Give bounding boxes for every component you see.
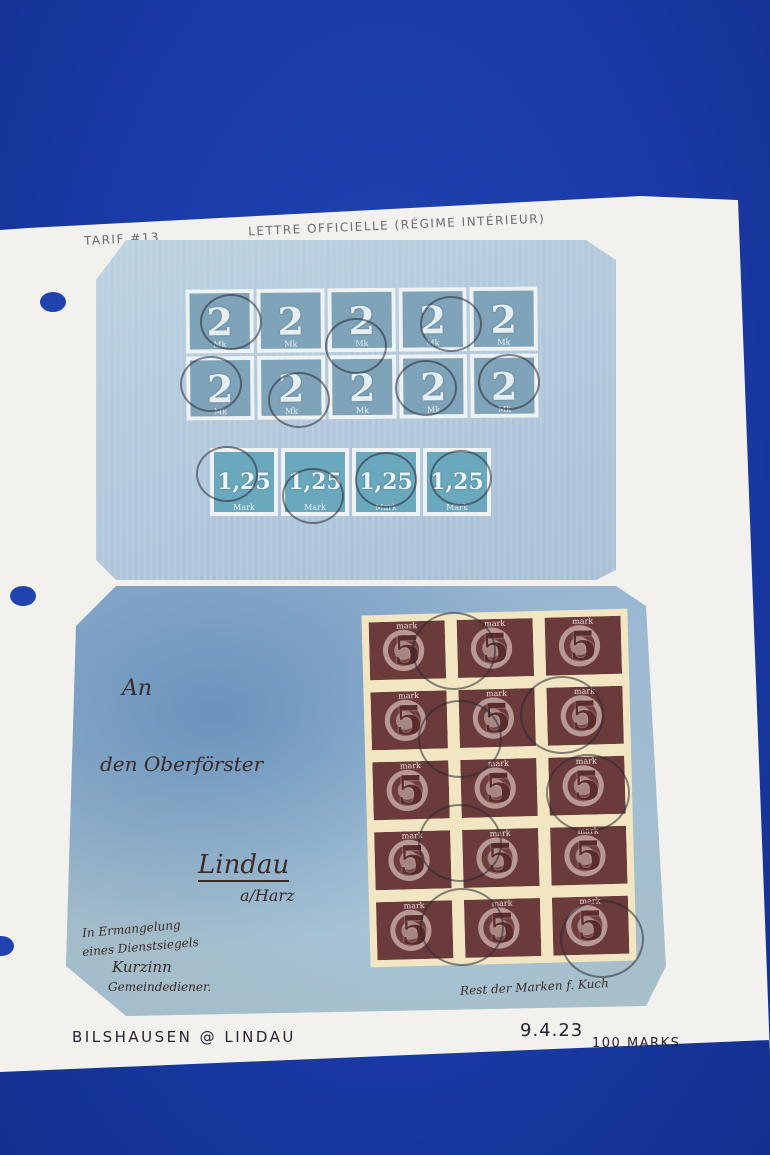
binder-hole-middle xyxy=(10,586,36,606)
stamp-5m: 5mark xyxy=(372,896,458,964)
stamp-2m: 2Mk xyxy=(469,286,538,351)
stamp-2m: 2Mk xyxy=(398,287,467,352)
photo-scene: TARIF #13 LETTRE OFFICIELLE (RÉGIME INTÉ… xyxy=(0,0,770,1155)
stamp-block-5-mark: 5mark 5mark 5mark 5mark 5mark 5mark 5mar… xyxy=(361,609,636,968)
stamp-strip-1-25-mark: 1,25Mark 1,25Mark 1,25Mark 1,25Mark xyxy=(210,448,491,516)
address-line: a/Harz xyxy=(240,886,295,905)
stamp-5m: 5mark xyxy=(458,824,544,892)
amount-label: 100 MARKS xyxy=(592,1036,680,1051)
stamp-2m: 2Mk xyxy=(328,355,397,420)
address-line: Lindau xyxy=(198,850,289,882)
stamp-5m: 5mark xyxy=(540,612,626,680)
address-line: den Oberförster xyxy=(100,752,263,776)
stamp-1-25m: 1,25Mark xyxy=(352,448,420,516)
stamp-5m: 5mark xyxy=(456,754,542,822)
route-label: BILSHAUSEN @ LINDAU xyxy=(72,1028,296,1046)
stamp-5m: 5mark xyxy=(548,892,634,960)
sender-line: Gemeindediener. xyxy=(108,980,211,994)
stamp-5m: 5mark xyxy=(546,822,632,890)
stamp-2m: 2Mk xyxy=(257,355,326,420)
stamp-5m: 5mark xyxy=(460,894,546,962)
stamp-1-25m: 1,25Mark xyxy=(281,448,349,516)
stamp-5m: 5mark xyxy=(542,682,628,750)
stamp-5m: 5mark xyxy=(366,686,452,754)
stamp-2m: 2Mk xyxy=(399,354,468,419)
stamp-5m: 5mark xyxy=(544,752,630,820)
stamp-1-25m: 1,25Mark xyxy=(210,448,278,516)
address-line: An xyxy=(122,676,152,701)
binder-hole-top xyxy=(40,292,66,312)
stamp-5m: 5mark xyxy=(368,756,454,824)
stamp-2m: 2Mk xyxy=(186,356,255,421)
stamp-5m: 5mark xyxy=(452,614,538,682)
sender-line: Kurzinn xyxy=(112,958,172,976)
stamp-2m: 2Mk xyxy=(470,353,539,418)
stamp-2m: 2Mk xyxy=(327,288,396,353)
stamp-2m: 2Mk xyxy=(185,289,254,354)
stamp-2m: 2Mk xyxy=(256,288,325,353)
stamp-5m: 5mark xyxy=(365,616,451,684)
date-label: 9.4.23 xyxy=(520,1020,583,1041)
stamp-block-2-mark: 2Mk 2Mk 2Mk 2Mk 2Mk 2Mk 2Mk 2Mk 2Mk 2Mk xyxy=(185,286,538,420)
stamp-5m: 5mark xyxy=(370,826,456,894)
stamp-5m: 5mark xyxy=(454,684,540,752)
stamp-1-25m: 1,25Mark xyxy=(423,448,491,516)
